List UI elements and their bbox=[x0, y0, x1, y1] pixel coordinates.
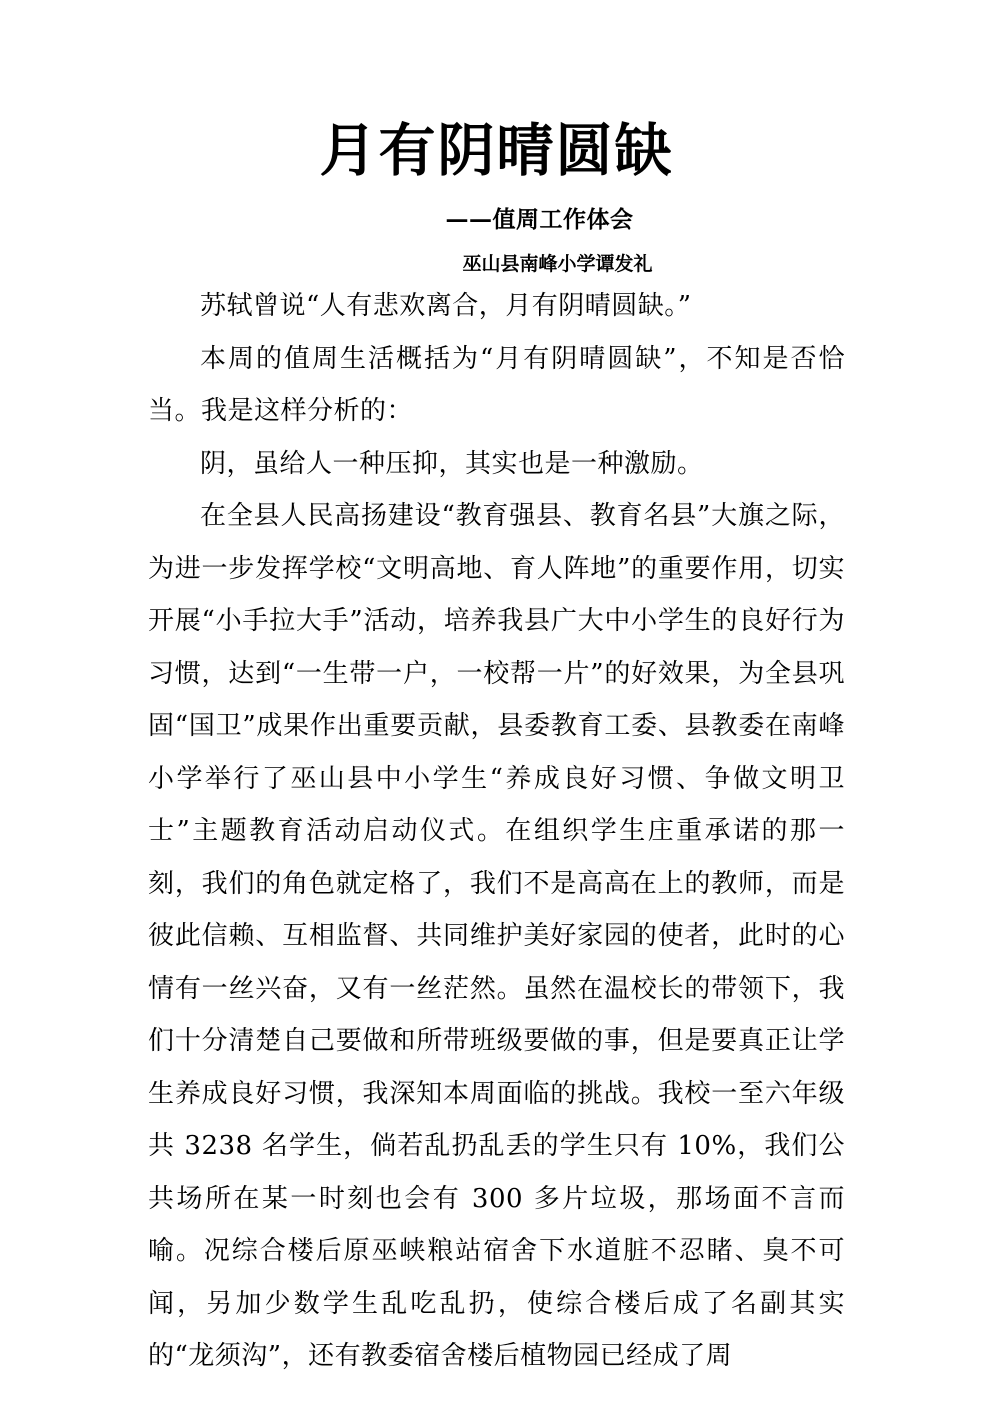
document-body: 苏轼曾说“人有悲欢离合，月有阴晴圆缺。” 本周的值周生活概括为“月有阴晴圆缺”，… bbox=[148, 280, 845, 1383]
document-page: 月有阴晴圆缺 ——值周工作体会 巫山县南峰小学谭发礼 苏轼曾说“人有悲欢离合，月… bbox=[0, 0, 993, 1404]
paragraph-week-summary: 本周的值周生活概括为“月有阴晴圆缺”，不知是否恰当。我是这样分析的： bbox=[148, 333, 845, 438]
document-title: 月有阴晴圆缺 bbox=[148, 106, 845, 196]
paragraph-quote-sushi: 苏轼曾说“人有悲欢离合，月有阴晴圆缺。” bbox=[148, 280, 845, 333]
paragraph-main-body: 在全县人民高扬建设“教育强县、教育名县”大旗之际，为进一步发挥学校“文明高地、育… bbox=[148, 490, 845, 1383]
paragraph-yin-intro: 阴，虽给人一种压抑，其实也是一种激励。 bbox=[148, 438, 845, 491]
document-content: 月有阴晴圆缺 ——值周工作体会 巫山县南峰小学谭发礼 苏轼曾说“人有悲欢离合，月… bbox=[148, 0, 845, 1383]
document-author-line: 巫山县南峰小学谭发礼 bbox=[270, 250, 845, 278]
document-subtitle: ——值周工作体会 bbox=[234, 204, 845, 236]
